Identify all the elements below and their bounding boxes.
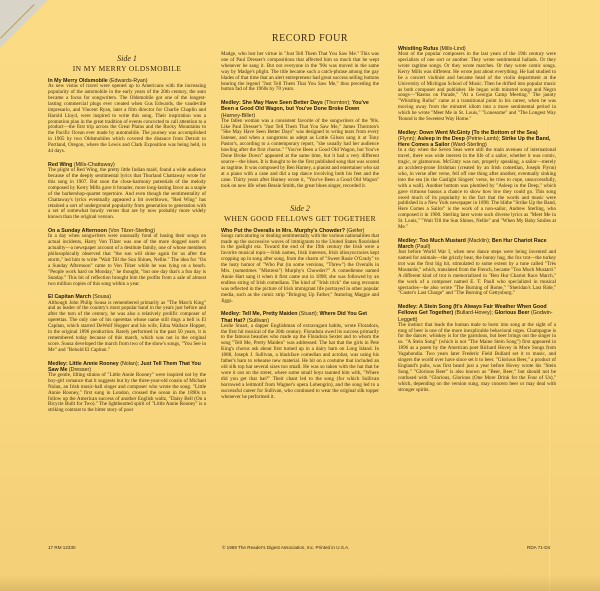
song-description: The gentle, lilting strains of "Little A… [48,373,206,414]
song-entry: Medley: Too Much Mustard (Macklin); Ben … [398,238,556,297]
song-description: Madge, who lost her virtue in "Just Tell… [221,52,379,93]
catalog-number-right: RDA 71-D4 [527,545,550,550]
song-description: As new vistas of travel were opened up t… [48,84,206,155]
song-description: In a day when songwriters were unusually… [48,234,206,287]
song-description: The instinct that leads the human male t… [398,323,556,394]
song-entry: Red Wing (Mills-Chattaway) The plight of… [48,162,206,221]
song-entry-continued: Madge, who lost her virtue in "Just Tell… [221,52,379,93]
song-description: Although John Philip Sousa is remembered… [48,301,206,354]
song-description: In a day when the Seven Seas were still … [398,148,556,231]
song-description: Most of the popular composers in the las… [398,52,556,123]
song-heading: Medley: Down Went McGinty (To the Bottom… [398,130,556,148]
song-entry: In My Merry Oldsmobile (Edwards-Ryan) As… [48,78,206,155]
record-liner-notes-page: RECORD FOUR Side 1 IN MY MERRY OLDSMOBIL… [0,0,600,591]
song-entry: Whistling Rufus (Mills-Lind) Most of the… [398,46,556,123]
song-entry: Medley: She May Have Seen Better Days (T… [221,100,379,189]
side-title: IN MY MERRY OLDSMOBILE [48,64,206,73]
side-title: WHEN GOOD FELLOWS GET TOGETHER [221,214,379,223]
song-description: Songs caricaturing or dealing sentimenta… [221,234,379,305]
song-description: Leslie Stuart, a dapper Englishman of ex… [221,324,379,401]
song-entry: Medley: Little Annie Rooney (Nolan); Jus… [48,361,206,415]
song-entry: Medley: Tell Me, Pretty Maiden (Stuart);… [221,311,379,400]
song-heading: Medley: Tell Me, Pretty Maiden (Stuart);… [221,311,379,323]
song-description: The plight of Red Wing, the pretty littl… [48,168,206,221]
song-entry: El Capitan March (Sousa) Although John P… [48,294,206,353]
column-middle: Madge, who lost her virtue in "Just Tell… [221,52,379,407]
folded-corner [0,0,48,48]
copyright-notice: © 1969 The Reader's Digest Association, … [222,545,382,550]
song-entry: Medley: A Stein Song (It's Always Fair W… [398,304,556,393]
side-label: Side 1 [48,54,206,63]
record-title: RECORD FOUR [210,33,410,44]
song-entry: Who Put the Overalls in Mrs. Murphy's Ch… [221,228,379,305]
column-side-1: Side 1 IN MY MERRY OLDSMOBILE In My Merr… [48,54,206,421]
song-description: Just before World War I, when new dance … [398,250,556,297]
catalog-number-left: 17 RM 12330 [48,545,76,550]
page-edge-shadow [0,575,600,591]
song-description: The fallen woman was a consistent favori… [221,119,379,190]
song-entry: Medley: Down Went McGinty (To the Bottom… [398,130,556,231]
song-entry: On a Sunday Afternoon (Von Tilzer-Sterli… [48,228,206,287]
song-heading: Medley: She May Have Seen Better Days (T… [221,100,379,118]
song-heading: Medley: A Stein Song (It's Always Fair W… [398,304,556,322]
column-right: Whistling Rufus (Mills-Lind) Most of the… [398,46,556,401]
side-2-section: Side 2 WHEN GOOD FELLOWS GET TOGETHER Wh… [221,204,379,401]
side-label: Side 2 [221,204,379,213]
